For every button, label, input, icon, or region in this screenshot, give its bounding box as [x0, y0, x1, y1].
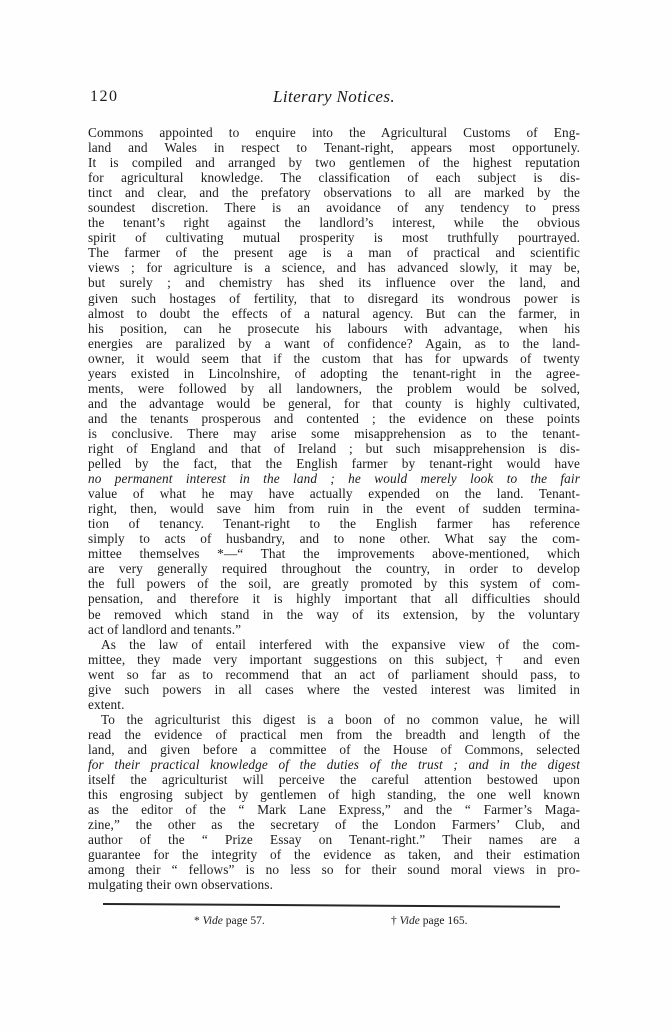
- text-line: mittee themselves *—“ That the improveme…: [88, 546, 580, 561]
- text-line: the full powers of the soil, are greatly…: [88, 576, 580, 591]
- text-line: no permanent interest in the land ; he w…: [88, 471, 580, 486]
- text-line: views ; for agriculture is a science, an…: [88, 260, 580, 275]
- text-line: simply to acts of husbandry, and to none…: [88, 531, 580, 546]
- text-line: his position, can he prosecute his labou…: [88, 321, 580, 336]
- text-line: owner, it would seem that if the custom …: [88, 351, 580, 366]
- footnote-rule: [103, 903, 560, 908]
- text-line: To the agriculturist this digest is a bo…: [88, 712, 580, 727]
- text-line: energies are paralized by a want of conf…: [88, 336, 580, 351]
- footnote-ref: Vide: [203, 915, 226, 927]
- body-text: Commons appointed to enquire into the Ag…: [88, 125, 580, 892]
- footnote-text: page 57.: [226, 915, 265, 927]
- text-line: pelled by the fact, that the English far…: [88, 456, 580, 471]
- page-header: 120 Literary Notices.: [88, 87, 580, 109]
- text-line: for agricultural knowledge. The classifi…: [88, 170, 580, 185]
- text-line: tion of tenancy. Tenant-right to the Eng…: [88, 516, 580, 531]
- text-line: As the law of entail interfered with the…: [88, 637, 580, 652]
- text-line: is conclusive. There may arise some misa…: [88, 426, 580, 441]
- text-line: right of England and that of Ireland ; b…: [88, 441, 580, 456]
- text-line: and the advantage would be general, for …: [88, 396, 580, 411]
- text-line: right, then, would save him from ruin in…: [88, 501, 580, 516]
- text-line: author of the “ Prize Essay on Tenant-ri…: [88, 832, 580, 847]
- text-line: the tenant’s right against the landlord’…: [88, 215, 580, 230]
- document-page: 120 Literary Notices. Commons appointed …: [0, 0, 672, 1031]
- text-line: zine,” the other as the secretary of the…: [88, 817, 580, 832]
- footnote-ref: Vide: [400, 915, 423, 927]
- text-line: among their “ fellows” is no less so for…: [88, 862, 580, 877]
- text-line: land and Wales in respect to Tenant-righ…: [88, 140, 580, 155]
- text-line: soundest discretion. There is an avoidan…: [88, 200, 580, 215]
- text-line: given such hostages of fertility, that t…: [88, 291, 580, 306]
- text-line: be removed which stand in the way of its…: [88, 607, 580, 622]
- footnote: * Vide page 57.: [194, 915, 265, 927]
- text-line: Commons appointed to enquire into the Ag…: [88, 125, 580, 140]
- footnote: † Vide page 165.: [391, 915, 467, 927]
- text-line: ments, were followed by all landowners, …: [88, 381, 580, 396]
- footnote-marker: †: [391, 915, 400, 927]
- text-line: almost to doubt the effects of a natural…: [88, 306, 580, 321]
- text-line: read the evidence of practical men from …: [88, 727, 580, 742]
- footnote-marker: *: [194, 915, 203, 927]
- text-line: as the editor of the “ Mark Lane Express…: [88, 802, 580, 817]
- text-line: went so far as to recommend that an act …: [88, 667, 580, 682]
- running-title: Literary Notices.: [88, 87, 580, 107]
- text-line: and the tenants prosperous and contented…: [88, 411, 580, 426]
- text-line: extent.: [88, 697, 580, 712]
- text-line: itself the agriculturist will perceive t…: [88, 772, 580, 787]
- text-line: The farmer of the present age is a man o…: [88, 245, 580, 260]
- text-line: mittee, they made very important suggest…: [88, 652, 580, 667]
- text-line: tinct and clear, and the prefatory obser…: [88, 185, 580, 200]
- text-line: this engrosing subject by gentlemen of h…: [88, 787, 580, 802]
- text-line: years existed in Lincolnshire, of adopti…: [88, 366, 580, 381]
- text-line: mulgating their own observations.: [88, 877, 580, 892]
- text-line: pensation, and therefore it is highly im…: [88, 591, 580, 606]
- footnote-text: page 165.: [423, 915, 468, 927]
- text-line: give such powers in all cases where the …: [88, 682, 580, 697]
- text-line: value of what he may have actually expen…: [88, 486, 580, 501]
- footnotes: * Vide page 57.† Vide page 165.: [88, 915, 580, 931]
- text-line: act of landlord and tenants.”: [88, 622, 580, 637]
- text-line: spirit of cultivating mutual prosperity …: [88, 230, 580, 245]
- text-line: are very generally required throughout t…: [88, 561, 580, 576]
- text-line: guarantee for the integrity of the evide…: [88, 847, 580, 862]
- text-line: for their practical knowledge of the dut…: [88, 757, 580, 772]
- text-line: It is compiled and arranged by two gentl…: [88, 155, 580, 170]
- text-line: land, and given before a committee of th…: [88, 742, 580, 757]
- text-line: but surely ; and chemistry has shed its …: [88, 275, 580, 290]
